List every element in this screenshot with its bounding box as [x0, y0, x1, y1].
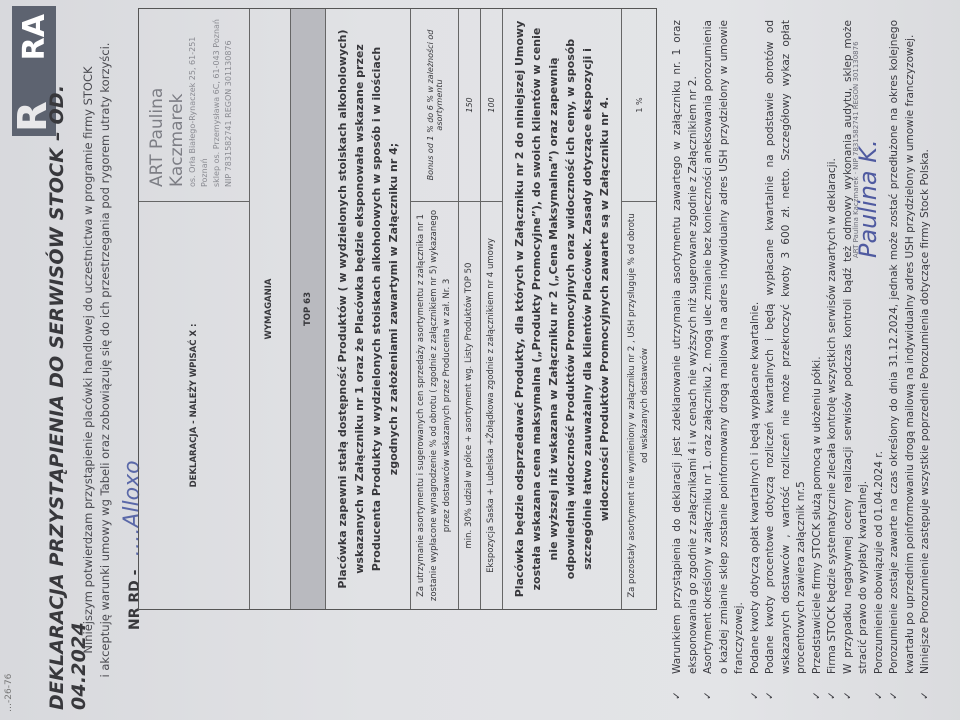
intro-line-1: Niniejszym potwierdzam przystąpienie pla…	[80, 40, 97, 680]
declaration-label: DEKLARACJA - NALEŻY WPISAĆ X :	[139, 201, 249, 609]
stamp-line-2: sklep os. Przemysława 6C, 61-043 Poznań	[211, 15, 223, 187]
value-cell: 100	[481, 9, 502, 201]
term-text: Niniejsze Porozumienie zastępuje wszystk…	[918, 20, 934, 674]
term-text: Porozumienie zostaje zawarte na czas okr…	[887, 20, 918, 674]
list-item: ✓Asortyment określony w załączniku nr 1.…	[701, 20, 748, 700]
requirements-table: DEKLARACJA - NALEŻY WPISAĆ X : ART Pauli…	[138, 8, 657, 610]
intro-text: Niniejszym potwierdzam przystąpienie pla…	[80, 40, 114, 680]
checkmark-icon: ✓	[841, 674, 872, 700]
promo-text: Placówka będzie odsprzedawać Produkty, d…	[503, 9, 621, 609]
signoff-stamp: ART Paulina Kaczmarek · NIP 7831582741 R…	[848, 18, 882, 258]
list-item: ✓Niniejsze Porozumienie zastępuje wszyst…	[918, 20, 934, 700]
terms-list: ✓Warunkiem przystąpienia do deklaracji j…	[670, 20, 934, 700]
term-text: Podane kwoty dotyczą opłat kwartalnych i…	[748, 20, 764, 674]
availability-row: Placówka zapewni stałą dostępność Produk…	[326, 9, 411, 609]
value-cell: 150	[459, 9, 480, 201]
table-row: Za utrzymanie asortymentu i sugerowanych…	[411, 9, 459, 609]
requirements-header: WYMAGANIA	[250, 9, 290, 609]
checkmark-icon: ✓	[670, 674, 701, 700]
term-text: Warunkiem przystąpienia do deklaracji je…	[670, 20, 701, 674]
checkmark-icon: ✓	[748, 674, 764, 700]
requirement-cell: Ekspozycja Saska + Lubelska +Żołądkowa z…	[481, 201, 502, 609]
checkmark-icon: ✓	[825, 674, 841, 700]
list-item: ✓Przedstawiciele firmy STOCK służą pomoc…	[810, 20, 826, 700]
table-row: Ekspozycja Saska + Lubelska +Żołądkowa z…	[481, 9, 503, 609]
stamp-line-1: os. Orła Białego-Rynaczek 25, 61-251 Poz…	[187, 15, 211, 187]
checkmark-icon: ✓	[887, 674, 918, 700]
requirement-cell: Za pozostały asortyment nie wymieniony w…	[622, 201, 656, 609]
other-assortment-row: Za pozostały asortyment nie wymieniony w…	[622, 9, 656, 609]
table-row: min. 30% udział w półce + asortyment wg.…	[459, 9, 481, 609]
stamp-name: ART Paulina Kaczmarek	[147, 15, 187, 187]
checkmark-icon: ✓	[763, 674, 810, 700]
top-row: TOP 63	[291, 9, 326, 609]
checkmark-icon: ✓	[701, 674, 748, 700]
term-text: Asortyment określony w załączniku nr 1. …	[701, 20, 748, 674]
list-item: ✓Porozumienie zostaje zawarte na czas ok…	[887, 20, 918, 700]
stamp-line-3: NIP 7831582741 REGON 301130876	[223, 15, 235, 187]
availability-text: Placówka zapewni stałą dostępność Produk…	[326, 9, 410, 609]
list-item: ✓Podane kwoty procentowe dotyczą rozlicz…	[763, 20, 810, 700]
term-text: Podane kwoty procentowe dotyczą rozlicze…	[763, 20, 810, 674]
declaration-row: DEKLARACJA - NALEŻY WPISAĆ X : ART Pauli…	[139, 9, 250, 609]
checkmark-icon: ✓	[918, 674, 934, 700]
term-text: Przedstawiciele firmy STOCK służą pomocą…	[810, 20, 826, 674]
list-item: ✓Warunkiem przystąpienia do deklaracji j…	[670, 20, 701, 700]
declaration-page: …-26-76 R RA DEKLARACJA PRZYSTĄPIENIA DO…	[10, 0, 950, 720]
value-cell: 1 %	[622, 9, 656, 201]
checkmark-icon: ✓	[810, 674, 826, 700]
list-item: ✓Firma STOCK będzie systematycznie zleca…	[825, 20, 841, 700]
requirements-header-row: WYMAGANIA	[250, 9, 291, 609]
top-label: TOP 63	[291, 9, 325, 609]
requirement-cell: min. 30% udział w półce + asortyment wg.…	[459, 201, 480, 609]
phone-number-fragment: …-26-76	[4, 674, 14, 712]
value-cell: Bonus od 1 % do 6 % w zależności od asor…	[411, 9, 458, 201]
requirement-cell: Za utrzymanie asortymentu i sugerowanych…	[411, 201, 458, 609]
list-item: ✓Podane kwoty dotyczą opłat kwartalnych …	[748, 20, 764, 700]
shop-stamp: ART Paulina Kaczmarek os. Orła Białego-R…	[139, 9, 249, 201]
term-text: Firma STOCK będzie systematycznie zlecał…	[825, 20, 841, 674]
promo-row: Placówka będzie odsprzedawać Produkty, d…	[503, 9, 622, 609]
intro-line-2: i akceptuję warunki umowy wg Tabeli oraz…	[97, 40, 114, 680]
checkmark-icon: ✓	[872, 674, 888, 700]
